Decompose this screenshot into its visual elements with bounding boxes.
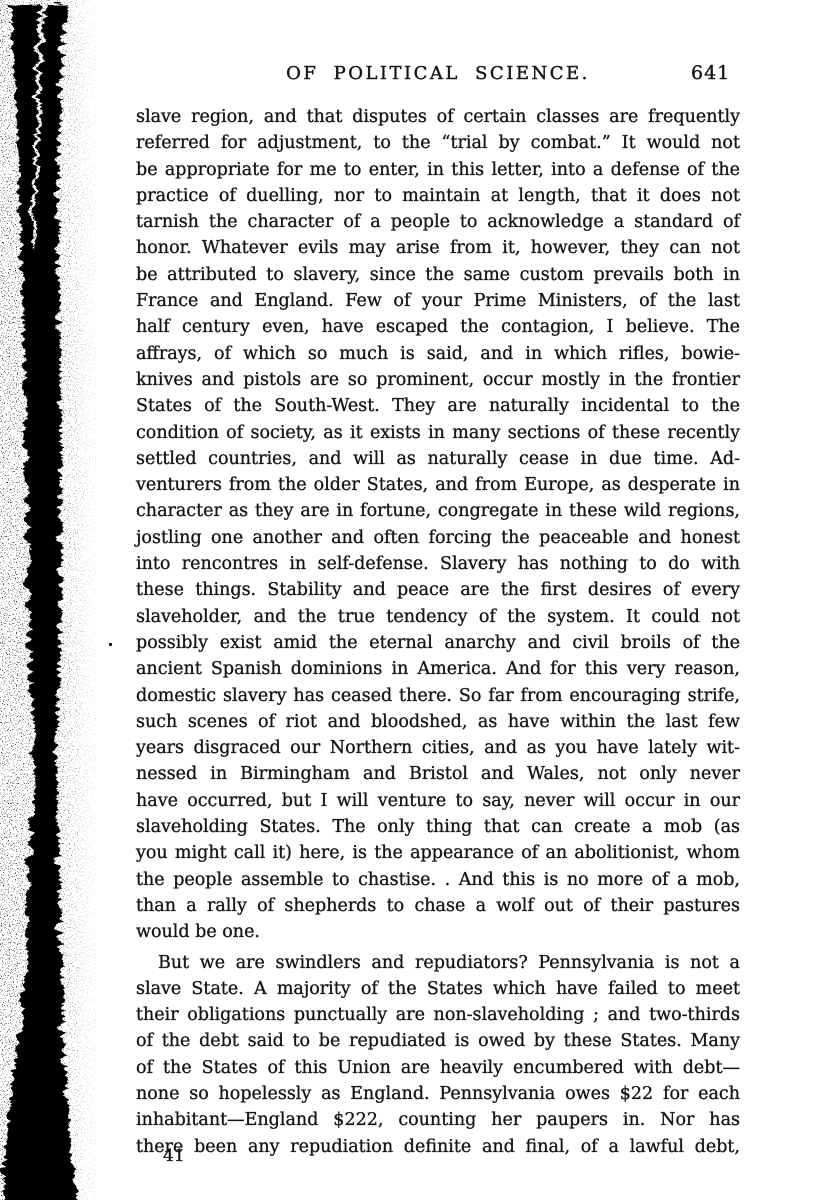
text-line: the people assemble to chastise. . And t… xyxy=(136,867,740,893)
text-line: inhabitant—England $222, counting her pa… xyxy=(136,1107,740,1133)
paragraph: slave region, and that disputes of certa… xyxy=(136,104,740,946)
text-line: slave region, and that disputes of certa… xyxy=(136,104,740,130)
text-line: tarnish the character of a people to ack… xyxy=(136,209,740,235)
text-line: of the States of this Union are heavily … xyxy=(136,1055,740,1081)
text-line: ancient Spanish dominions in America. An… xyxy=(136,656,740,682)
text-line: venturers from the older States, and fro… xyxy=(136,472,740,498)
paragraph: But we are swindlers and repudiators? Pe… xyxy=(136,950,740,1160)
text-line: you might call it) here, is the appearan… xyxy=(136,840,740,866)
scanned-book-page: OF POLITICAL SCIENCE. 641 slave region, … xyxy=(0,0,824,1200)
text-line: none so hopelessly as England. Pennsylva… xyxy=(136,1081,740,1107)
text-line: slaveholding States. The only thing that… xyxy=(136,814,740,840)
text-line: honor. Whatever evils may arise from it,… xyxy=(136,235,740,261)
signature-mark: 41 xyxy=(163,1146,185,1166)
text-line: settled countries, and will as naturally… xyxy=(136,446,740,472)
running-head: OF POLITICAL SCIENCE. xyxy=(136,63,740,84)
text-line: half century even, have escaped the cont… xyxy=(136,314,740,340)
text-line: such scenes of riot and bloodshed, as ha… xyxy=(136,709,740,735)
text-line: there been any repudiation definite and … xyxy=(136,1134,740,1160)
book-gutter-scan-artifact xyxy=(0,0,110,1200)
text-line: jostling one another and often forcing t… xyxy=(136,525,740,551)
text-line: years disgraced our Northern cities, and… xyxy=(136,735,740,761)
text-line: of the debt said to be repudiated is owe… xyxy=(136,1028,740,1054)
text-line: referred for adjustment, to the “trial b… xyxy=(136,130,740,156)
text-line: character as they are in fortune, congre… xyxy=(136,498,740,524)
text-line: domestic slavery has ceased there. So fa… xyxy=(136,683,740,709)
text-body: slave region, and that disputes of certa… xyxy=(136,104,740,1160)
text-line: slaveholder, and the true tendency of th… xyxy=(136,604,740,630)
page-number: 641 xyxy=(691,62,730,84)
text-line: their obligations punctually are non-sla… xyxy=(136,1002,740,1028)
text-line: than a rally of shepherds to chase a wol… xyxy=(136,893,740,919)
text-line: would be one. xyxy=(136,919,740,945)
text-line: be attributed to slavery, since the same… xyxy=(136,262,740,288)
text-line: practice of duelling, nor to maintain at… xyxy=(136,183,740,209)
text-line: these things. Stability and peace are th… xyxy=(136,577,740,603)
text-line: be appropriate for me to enter, in this … xyxy=(136,157,740,183)
text-line: possibly exist amid the eternal anarchy … xyxy=(136,630,740,656)
text-line: into rencontres in self-defense. Slavery… xyxy=(136,551,740,577)
text-line: States of the South-West. They are natur… xyxy=(136,393,740,419)
text-line: slave State. A majority of the States wh… xyxy=(136,976,740,1002)
scan-speck xyxy=(109,643,112,646)
text-line: France and England. Few of your Prime Mi… xyxy=(136,288,740,314)
text-line: affrays, of which so much is said, and i… xyxy=(136,341,740,367)
text-line: have occurred, but I will venture to say… xyxy=(136,788,740,814)
text-line: knives and pistols are so prominent, occ… xyxy=(136,367,740,393)
text-line: But we are swindlers and repudiators? Pe… xyxy=(136,950,740,976)
text-line: nessed in Birmingham and Bristol and Wal… xyxy=(136,761,740,787)
text-line: condition of society, as it exists in ma… xyxy=(136,420,740,446)
